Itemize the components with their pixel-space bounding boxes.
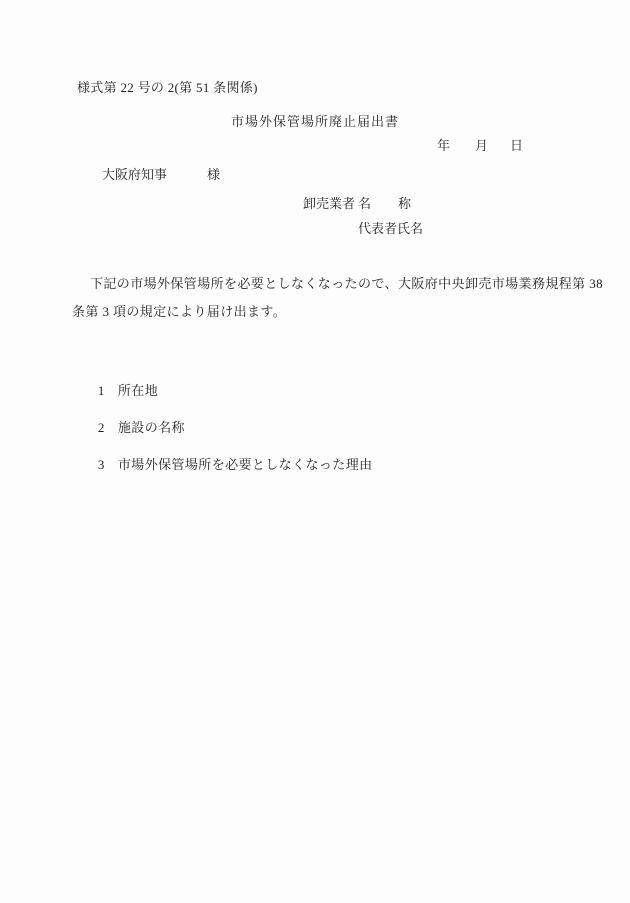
item-number: 3 (98, 458, 118, 473)
item-number: 1 (98, 384, 118, 399)
wholesaler-name-label-part2: 称 (398, 197, 411, 212)
document-page: 様式第 22 号の 2(第 51 条関係) 市場外保管場所廃止届出書 年 月 日… (0, 0, 630, 903)
item-label: 施設の名称 (118, 420, 185, 435)
wholesaler-name-label-part1: 名 (358, 197, 371, 212)
document-title: 市場外保管場所廃止届出書 (0, 115, 630, 130)
list-item: 3市場外保管場所を必要としなくなった理由 (76, 443, 373, 488)
item-label: 市場外保管場所を必要としなくなった理由 (118, 457, 373, 472)
form-number-label: 様式第 22 号の 2(第 51 条関係) (77, 81, 258, 96)
addressee-honorific: 様 (207, 168, 220, 183)
date-month-label: 月 (475, 139, 488, 154)
item-number: 2 (98, 421, 118, 436)
addressee-name: 大阪府知事 (102, 168, 167, 183)
date-year-label: 年 (437, 139, 450, 154)
body-paragraph-line-1: 下記の市場外保管場所を必要としなくなったので、大阪府中央卸売市場業務規程第 38 (72, 277, 603, 292)
item-label: 所在地 (118, 383, 158, 398)
body-paragraph-line-2: 条第 3 項の規定により届け出ます。 (72, 305, 286, 320)
representative-name-label: 代表者氏名 (358, 222, 423, 237)
date-day-label: 日 (510, 139, 523, 154)
wholesaler-label: 卸売業者 (303, 197, 355, 212)
